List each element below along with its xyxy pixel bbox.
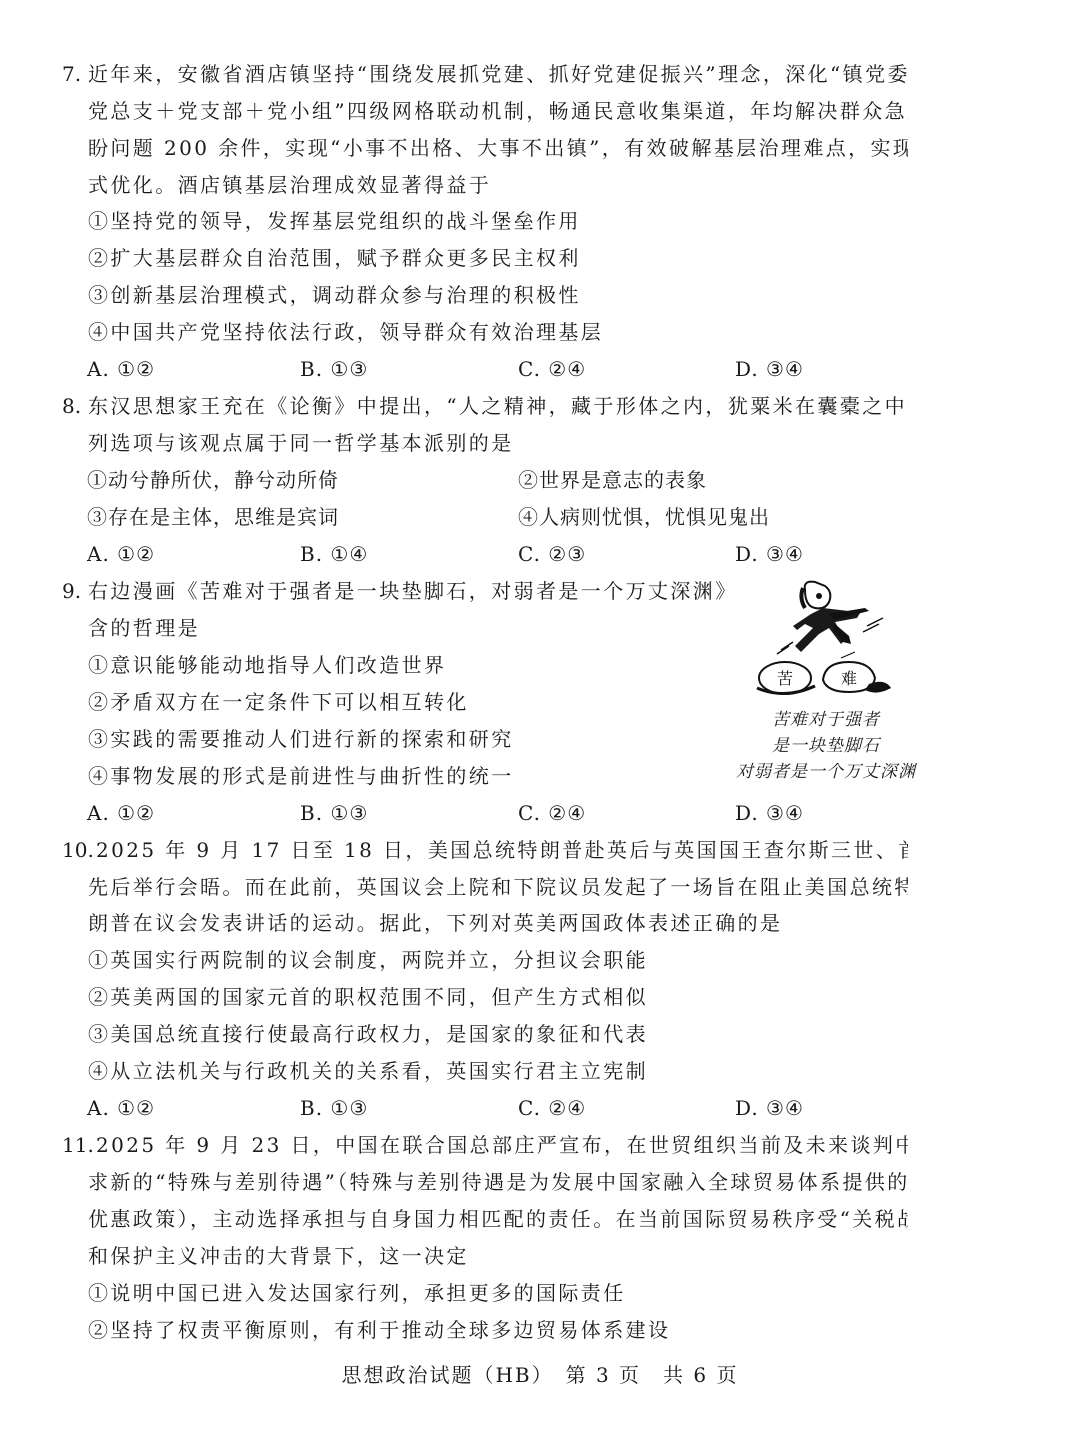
- statement: ④中国共产党坚持依法行政，领导群众有效治理基层: [88, 319, 908, 345]
- statement: ③实践的需要推动人们进行新的探索和研究: [88, 726, 728, 752]
- statement: ③存在是主体，思维是宾词: [87, 504, 339, 530]
- answer-option-b: B. ①③: [300, 356, 368, 382]
- question-stem-line: 东汉思想家王充在《论衡》中提出，“人之精神，藏于形体之内，犹粟米在囊橐之中也”。…: [88, 393, 908, 419]
- question-number: 7.: [62, 61, 81, 87]
- answer-option-a: A. ①②: [87, 356, 155, 382]
- answer-option-c: C. ②④: [518, 800, 586, 826]
- answer-option-a: A. ①②: [87, 1095, 155, 1121]
- question-stem-line: 先后举行会晤。而在此前，英国议会上院和下院议员发起了一场旨在阻止美国总统特: [88, 874, 908, 900]
- cartoon-caption-line: 苦难对于强者: [726, 708, 926, 732]
- page-footer: 思想政治试题（HB） 第 3 页 共 6 页: [0, 1362, 1080, 1388]
- answer-option-a: A. ①②: [87, 541, 155, 567]
- answer-option-b: B. ①③: [300, 800, 368, 826]
- answer-option-c: C. ②④: [518, 1095, 586, 1121]
- exam-page: 7. 近年来，安徽省酒店镇坚持“围绕发展抓党建、抓好党建促振兴”理念，深化“镇党…: [0, 0, 1080, 1432]
- statement: ②矛盾双方在一定条件下可以相互转化: [88, 689, 728, 715]
- statement: ①坚持党的领导，发挥基层党组织的战斗堡垒作用: [88, 208, 908, 234]
- statement: ③美国总统直接行使最高行政权力，是国家的象征和代表: [88, 1021, 908, 1047]
- question-number: 9.: [62, 578, 81, 604]
- cartoon-caption-line: 对弱者是一个万丈深渊: [726, 760, 926, 784]
- statement: ②世界是意志的表象: [518, 467, 707, 493]
- stone-label: 难: [841, 669, 857, 688]
- question-stem-line: 式优化。酒店镇基层治理成效显著得益于: [88, 172, 908, 198]
- statement: ①说明中国已进入发达国家行列，承担更多的国际责任: [88, 1280, 908, 1306]
- statement: ①意识能够能动地指导人们改造世界: [88, 652, 728, 678]
- question-stem-line: 2025 年 9 月 17 日至 18 日，美国总统特朗普赴英后与英国国王查尔斯…: [96, 837, 908, 863]
- statement: ③创新基层治理模式，调动群众参与治理的积极性: [88, 282, 908, 308]
- statement: ④人病则忧惧，忧惧见鬼出: [518, 504, 770, 530]
- question-number: 10.: [62, 837, 94, 863]
- question-stem-line: 和保护主义冲击的大背景下，这一决定: [88, 1243, 908, 1269]
- answer-option-b: B. ①④: [300, 541, 368, 567]
- question-stem-line: 含的哲理是: [88, 615, 728, 641]
- statement: ④事物发展的形式是前进性与曲折性的统一: [88, 763, 728, 789]
- statement: ②坚持了权责平衡原则，有利于推动全球多边贸易体系建设: [88, 1317, 908, 1343]
- question-stem-line: 列选项与该观点属于同一哲学基本派别的是: [88, 430, 908, 456]
- statement: ①英国实行两院制的议会制度，两院并立，分担议会职能: [88, 947, 908, 973]
- answer-option-d: D. ③④: [735, 541, 804, 567]
- answer-option-c: C. ②④: [518, 356, 586, 382]
- question-stem-line: 求新的“特殊与差别待遇”（特殊与差别待遇是为发展中国家融入全球贸易体系提供的: [88, 1169, 908, 1195]
- statement: ②扩大基层群众自治范围，赋予群众更多民主权利: [88, 245, 908, 271]
- statement: ②英美两国的国家元首的职权范围不同，但产生方式相似: [88, 984, 908, 1010]
- question-stem-line: 朗普在议会发表讲话的运动。据此，下列对英美两国政体表述正确的是: [88, 910, 908, 936]
- answer-option-d: D. ③④: [735, 356, 804, 382]
- question-stem-line: 近年来，安徽省酒店镇坚持“围绕发展抓党建、抓好党建促振兴”理念，深化“镇党委＋村: [88, 61, 908, 87]
- cartoon-illustration: 苦 难: [745, 578, 910, 703]
- answer-option-b: B. ①③: [300, 1095, 368, 1121]
- question-stem-line: 优惠政策），主动选择承担与自身国力相匹配的责任。在当前国际贸易秩序受“关税战”: [88, 1206, 908, 1232]
- question-stem-line: 盼问题 200 余件，实现“小事不出格、大事不出镇”，有效破解基层治理难点，实现…: [88, 135, 908, 161]
- answer-option-d: D. ③④: [735, 1095, 804, 1121]
- question-number: 8.: [62, 393, 81, 419]
- question-stem-line: 2025 年 9 月 23 日，中国在联合国总部庄严宣布，在世贸组织当前及未来谈…: [96, 1132, 908, 1158]
- statement: ①动兮静所伏，静兮动所倚: [87, 467, 339, 493]
- question-stem-line: 右边漫画《苦难对于强者是一块垫脚石，对弱者是一个万丈深渊》蕴: [88, 578, 728, 604]
- statement: ④从立法机关与行政机关的关系看，英国实行君主立宪制: [88, 1058, 908, 1084]
- question-stem-line: 党总支＋党支部＋党小组”四级网格联动机制，畅通民意收集渠道，年均解决群众急难愁: [88, 98, 908, 124]
- question-number: 11.: [62, 1132, 94, 1158]
- answer-option-a: A. ①②: [87, 800, 155, 826]
- stone-label: 苦: [777, 669, 793, 688]
- cartoon-caption-line: 是一块垫脚石: [726, 734, 926, 758]
- answer-option-c: C. ②③: [518, 541, 586, 567]
- answer-option-d: D. ③④: [735, 800, 804, 826]
